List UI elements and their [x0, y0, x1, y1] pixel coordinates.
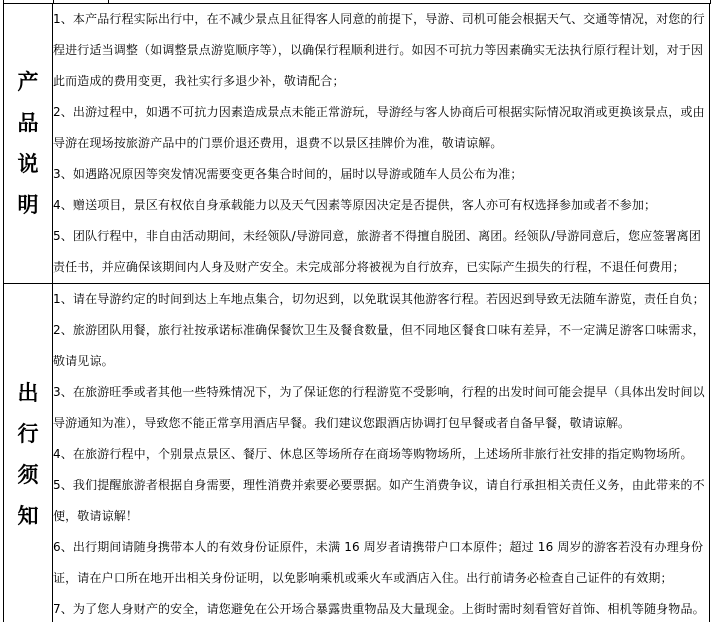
paragraph: 5、我们提醒旅游者根据自身需要，理性消费并索要必要票据。如产生消费争议，请自行承…: [53, 470, 709, 532]
label-char: 明: [4, 185, 52, 226]
section-product-description: 产 品 说 明 1、本产品行程实际出行中，在不减少景点且征得客人同意的前提下，导…: [4, 4, 710, 284]
section-content: 1、本产品行程实际出行中，在不减少景点且征得客人同意的前提下，导游、司机可能会根…: [53, 4, 710, 284]
section-travel-notice: 出 行 须 知 1、请在导游约定的时间到达上车地点集合，切勿迟到，以免耽误其他游…: [4, 284, 710, 622]
label-char: 须: [4, 455, 52, 496]
paragraph: 4、在旅游行程中，个别景点景区、餐厅、休息区等场所存在商场等购物场所，上述场所非…: [53, 439, 709, 470]
label-char: 出: [4, 373, 52, 414]
label-char: 产: [4, 62, 52, 103]
paragraph: 5、团队行程中，非自由活动期间，未经领队/导游同意，旅游者不得擅自脱团、离团。经…: [53, 221, 709, 283]
label-char: 说: [4, 144, 52, 185]
travel-notes-table: 产 品 说 明 1、本产品行程实际出行中，在不减少景点且征得客人同意的前提下，导…: [3, 3, 710, 622]
paragraph: 7、为了您人身财产的安全，请您避免在公开场合暴露贵重物品及大量现金。上街时需时刻…: [53, 594, 709, 622]
section-content: 1、请在导游约定的时间到达上车地点集合，切勿迟到，以免耽误其他游客行程。若因迟到…: [53, 284, 710, 622]
section-label: 出 行 须 知: [4, 284, 53, 622]
paragraph: 1、请在导游约定的时间到达上车地点集合，切勿迟到，以免耽误其他游客行程。若因迟到…: [53, 284, 709, 315]
paragraph: 1、本产品行程实际出行中，在不减少景点且征得客人同意的前提下，导游、司机可能会根…: [53, 4, 709, 97]
paragraph: 3、如遇路况原因等突发情况需要变更各集合时间的，届时以导游或随车人员公布为准；: [53, 159, 709, 190]
label-char: 知: [4, 496, 52, 537]
paragraph: 2、出游过程中，如遇不可抗力因素造成景点未能正常游玩，导游经与客人协商后可根据实…: [53, 97, 709, 159]
section-label: 产 品 说 明: [4, 4, 53, 284]
paragraph: 4、赠送项目，景区有权依自身承载能力以及天气因素等原因决定是否提供，客人亦可有权…: [53, 190, 709, 221]
label-char: 品: [4, 103, 52, 144]
label-char: 行: [4, 414, 52, 455]
paragraph: 6、出行期间请随身携带本人的有效身份证原件，未满 16 周岁者请携带户口本原件；…: [53, 532, 709, 594]
paragraph: 2、旅游团队用餐，旅行社按承诺标准确保餐饮卫生及餐食数量，但不同地区餐食口味有差…: [53, 315, 709, 377]
paragraph: 3、在旅游旺季或者其他一些特殊情况下，为了保证您的行程游览不受影响，行程的出发时…: [53, 377, 709, 439]
